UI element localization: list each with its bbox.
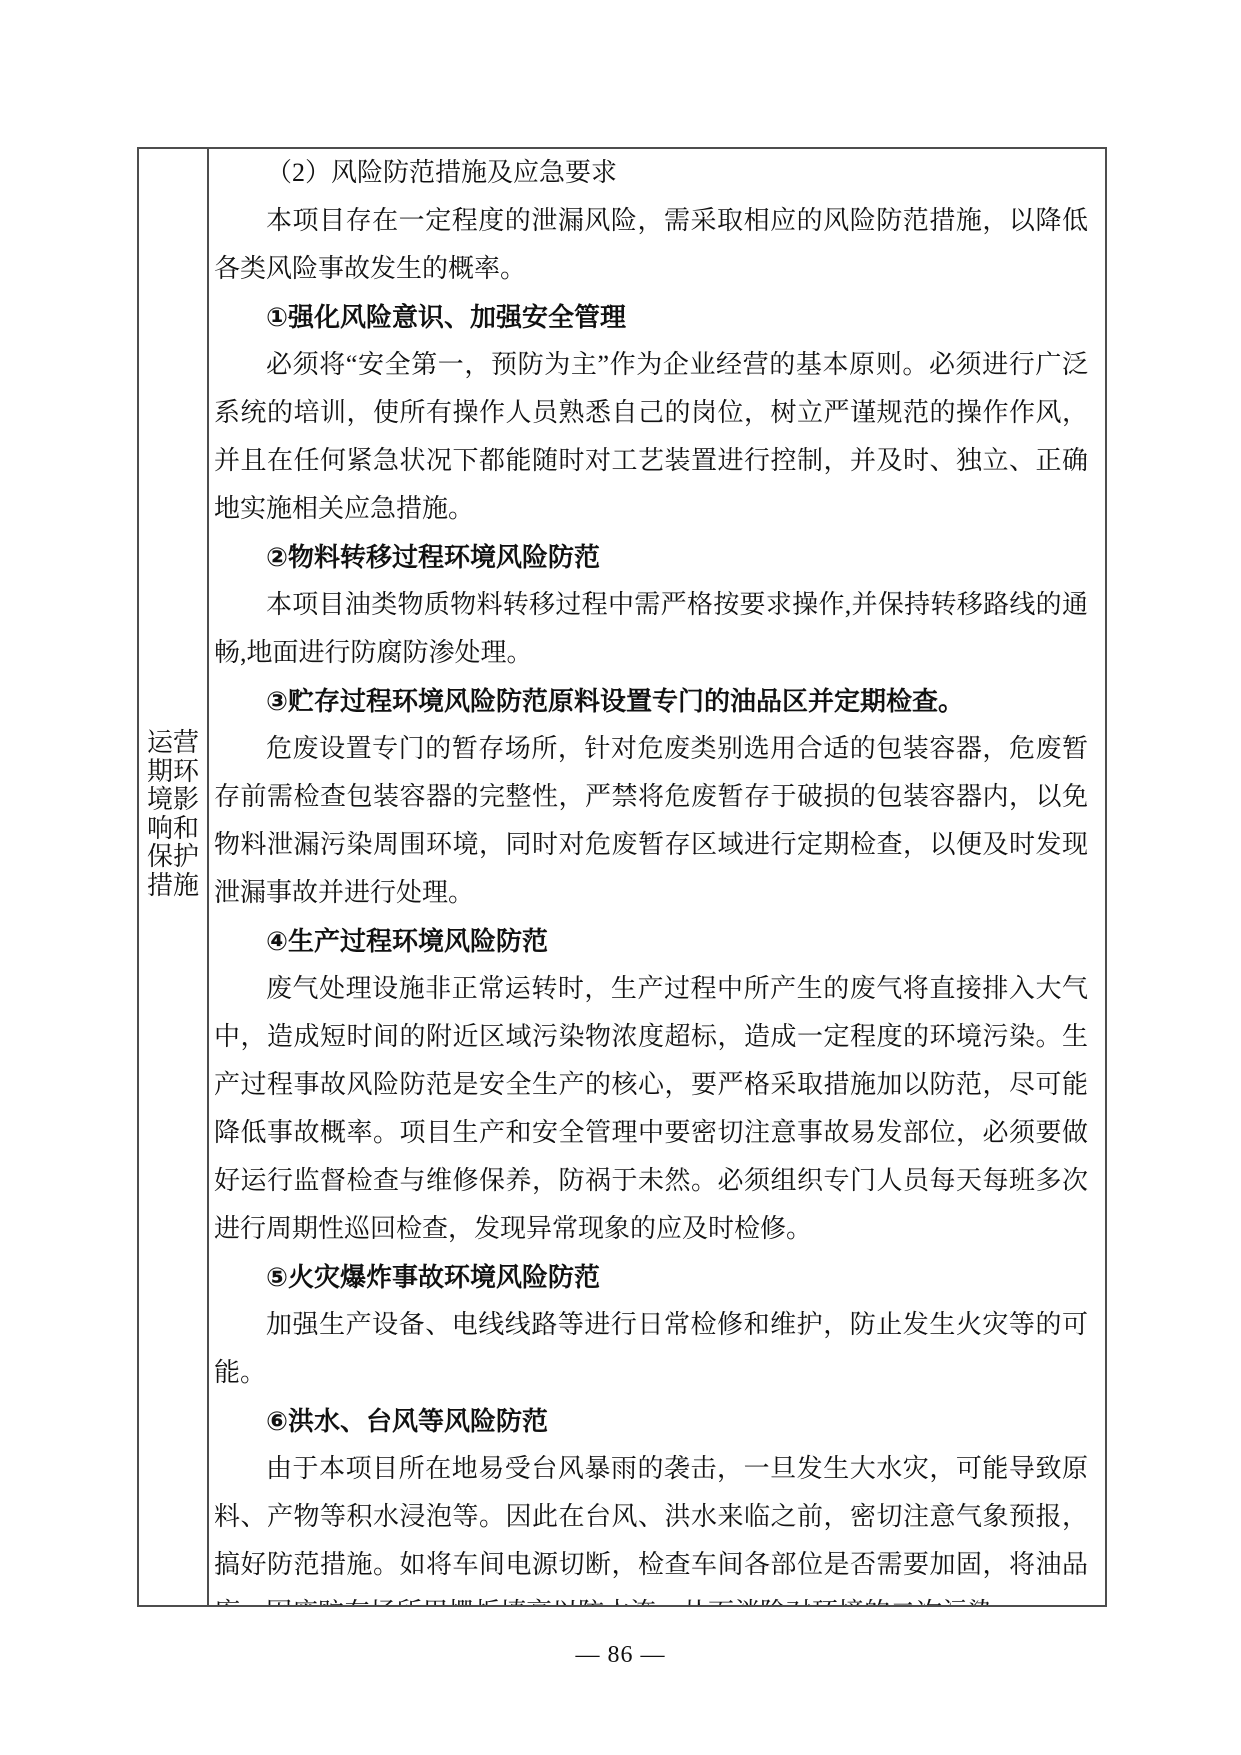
row-label-cell: 运营期环境影响和保护措施	[139, 149, 209, 1605]
measures-table: 运营期环境影响和保护措施 （2）风险防范措施及应急要求 本项目存在一定程度的泄漏…	[137, 147, 1107, 1607]
item-6-heading: ⑥洪水、台风等风险防范	[214, 1397, 1088, 1445]
item-2-heading: ②物料转移过程环境风险防范	[214, 533, 1088, 581]
item-5-heading: ⑤火灾爆炸事故环境风险防范	[214, 1253, 1088, 1301]
item-6-body: 由于本项目所在地易受台风暴雨的袭击，一旦发生大水灾，可能导致原料、产物等积水浸泡…	[214, 1445, 1088, 1605]
intro-paragraph: 本项目存在一定程度的泄漏风险，需采取相应的风险防范措施，以降低各类风险事故发生的…	[214, 197, 1088, 293]
page-number: — 86 —	[0, 1642, 1241, 1669]
item-5-body: 加强生产设备、电线线路等进行日常检修和维护，防止发生火灾等的可能。	[214, 1301, 1088, 1397]
item-1-heading: ①强化风险意识、加强安全管理	[214, 293, 1088, 341]
item-3-body: 危废设置专门的暂存场所，针对危废类别选用合适的包装容器，危废暂存前需检查包装容器…	[214, 725, 1088, 917]
item-1-body: 必须将“安全第一，预防为主”作为企业经营的基本原则。必须进行广泛系统的培训，使所…	[214, 341, 1088, 533]
item-4-body: 废气处理设施非正常运转时，生产过程中所产生的废气将直接排入大气中，造成短时间的附…	[214, 965, 1088, 1253]
document-page: 运营期环境影响和保护措施 （2）风险防范措施及应急要求 本项目存在一定程度的泄漏…	[0, 0, 1241, 1755]
item-3-heading: ③贮存过程环境风险防范原料设置专门的油品区并定期检查。	[214, 677, 1088, 725]
row-label: 运营期环境影响和保护措施	[146, 729, 200, 900]
item-4-heading: ④生产过程环境风险防范	[214, 917, 1088, 965]
section-title: （2）风险防范措施及应急要求	[214, 149, 1088, 197]
item-2-body: 本项目油类物质物料转移过程中需严格按要求操作,并保持转移路线的通畅,地面进行防腐…	[214, 581, 1088, 677]
table-content-cell: （2）风险防范措施及应急要求 本项目存在一定程度的泄漏风险，需采取相应的风险防范…	[209, 149, 1105, 1605]
